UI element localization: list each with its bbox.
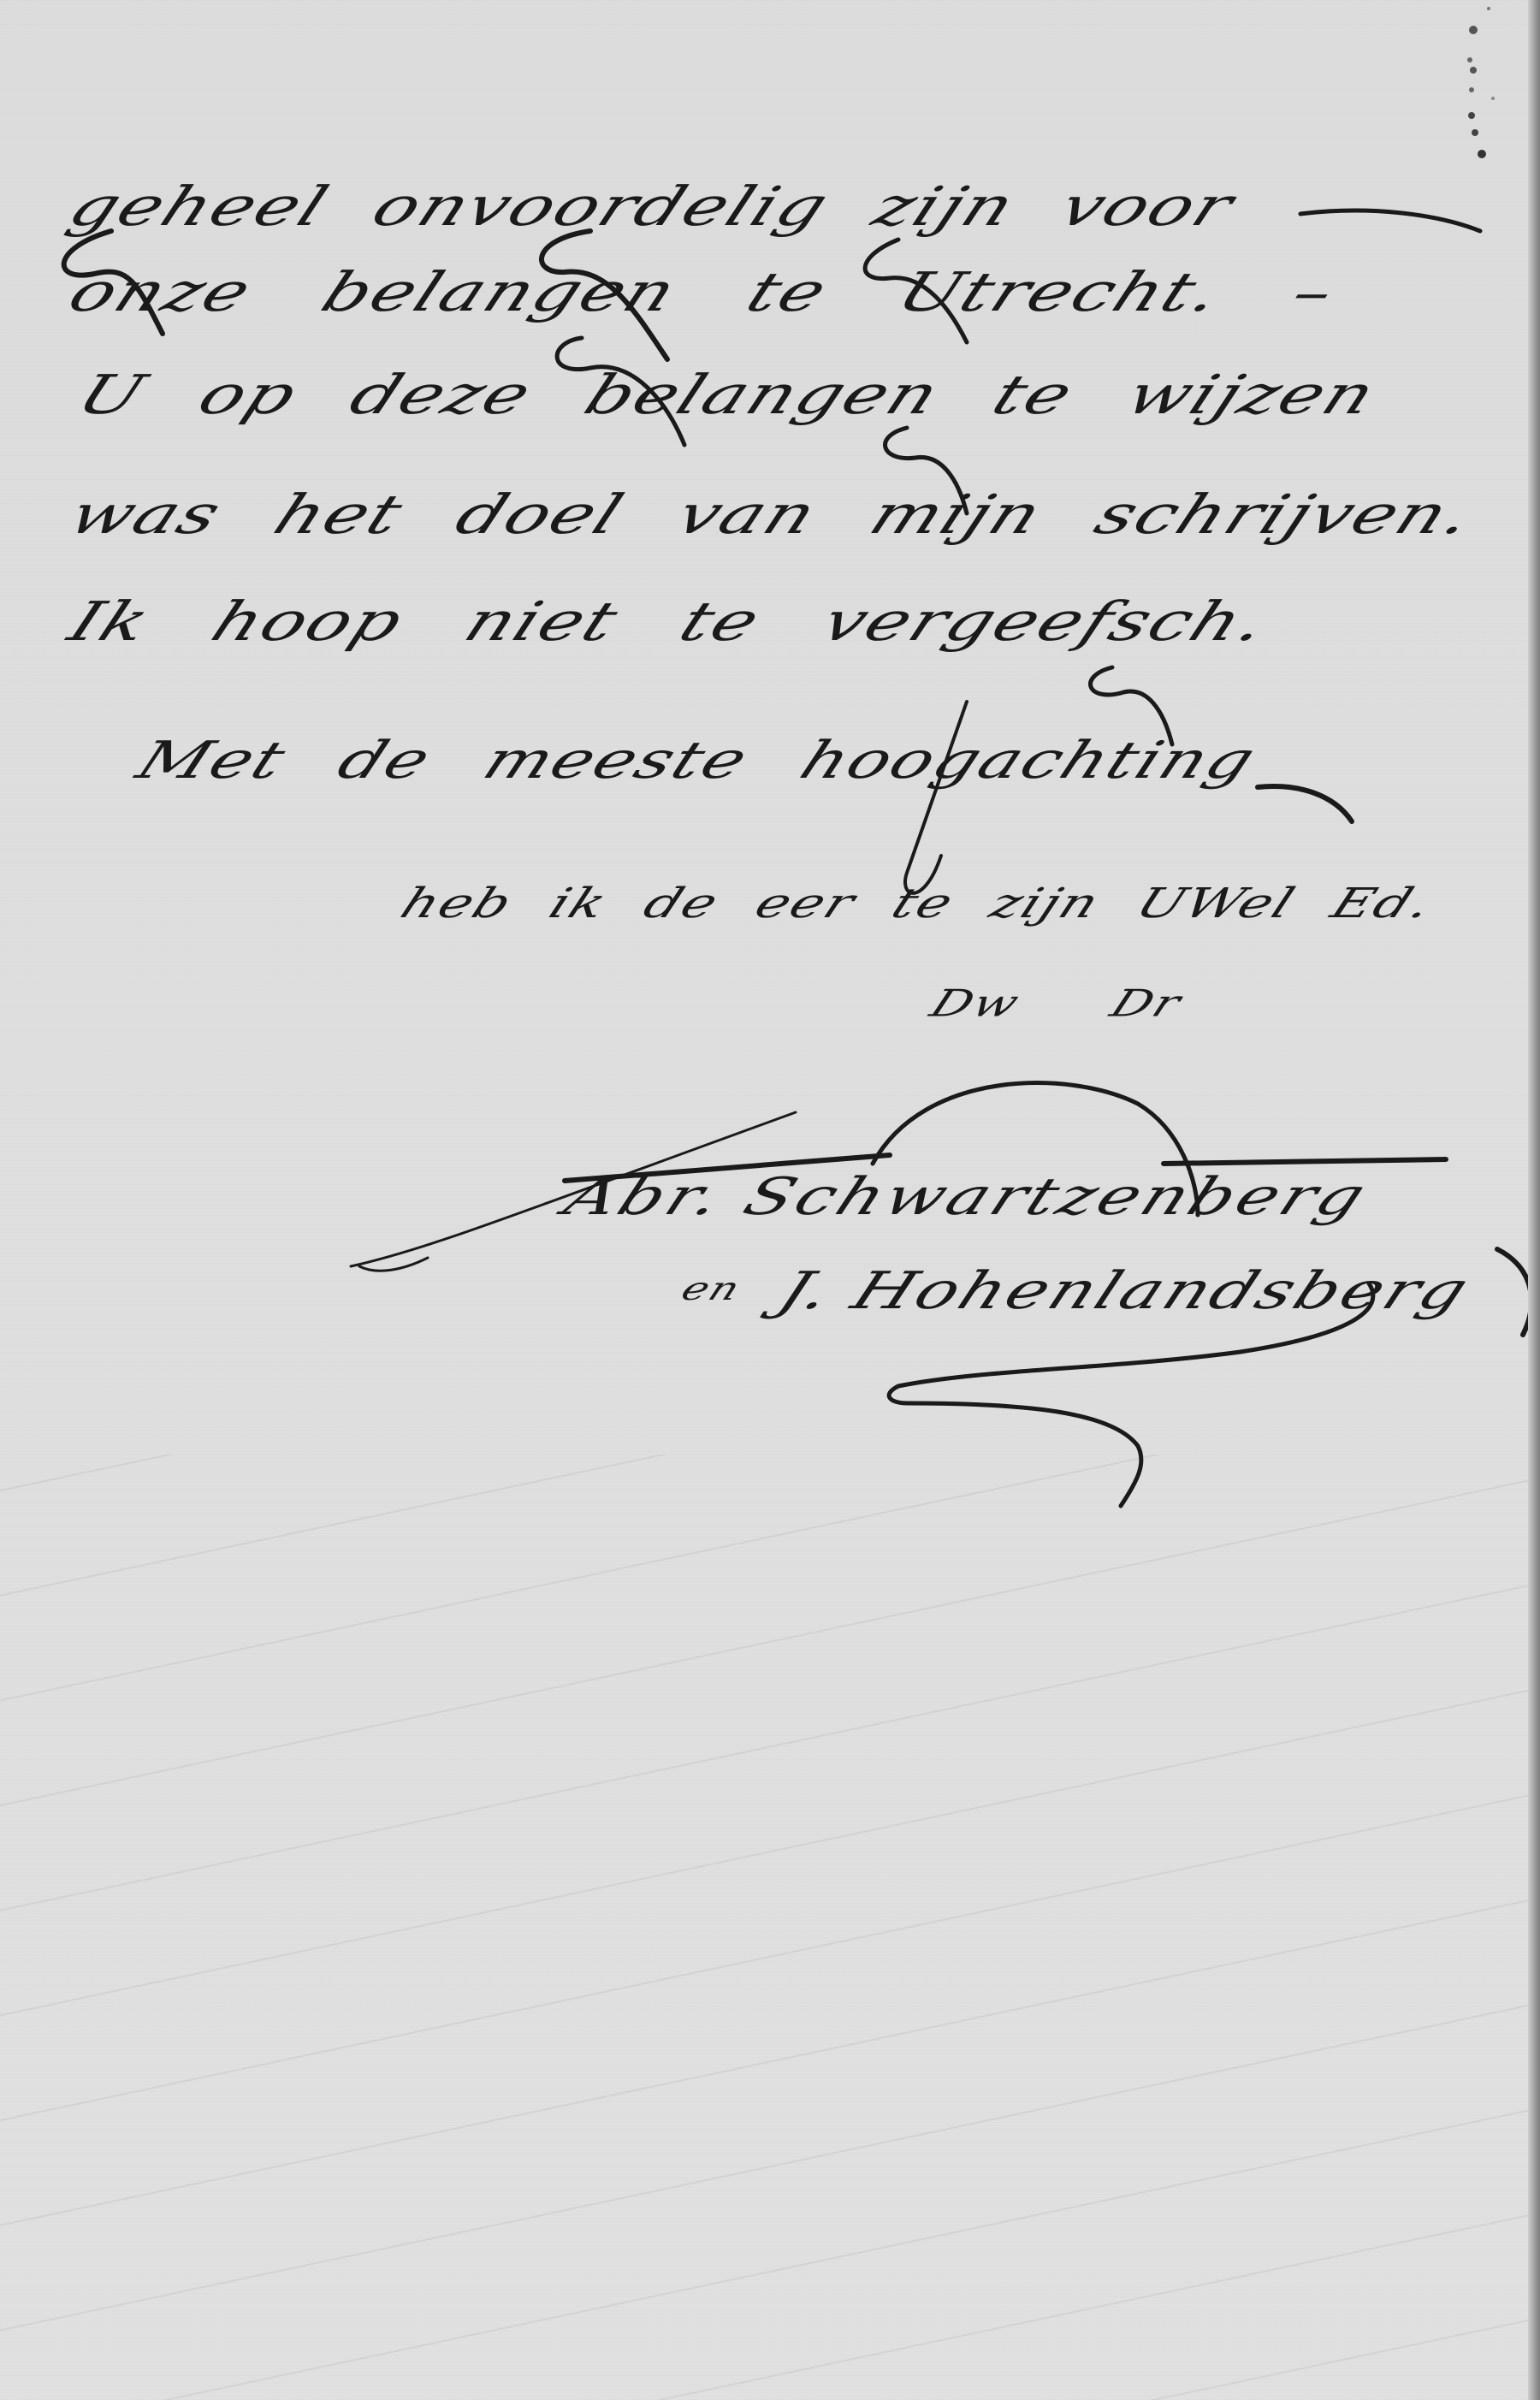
letter-line-4: was het doel van mijn schrijven. (60, 483, 1484, 547)
closing-abbrev-1: Dw (924, 981, 1028, 1025)
signature-name-1: Abr. Schwartzenberg (556, 1166, 1377, 1226)
page-edge-shadow (1528, 0, 1540, 2400)
letter-line-1: geheel onvoordelig zijn voor (60, 175, 1244, 239)
letter-line-2: onze belangen te Utrecht. – (60, 261, 1346, 324)
letter-line-5: Ik hoop niet te vergeefsch. (60, 590, 1278, 654)
signature-name-2: J. Hohenlandsberg (770, 1260, 1479, 1320)
page-margin-marks (1454, 0, 1506, 171)
closing-line-3: Dw Dr (924, 981, 1188, 1025)
signature-conjunction: en (676, 1271, 747, 1308)
letter-line-3: U op deze belangen te wijzen (68, 364, 1386, 427)
letter-page: geheel onvoordelig zijn voor onze belang… (0, 0, 1528, 2400)
ink-show-through (0, 1455, 1528, 2400)
closing-abbrev-2: Dr (1105, 981, 1189, 1025)
closing-salutation: Met de meeste hoogachting (128, 730, 1265, 790)
closing-line-2: heb ik de eer te zijn UWel Ed. (394, 880, 1441, 928)
